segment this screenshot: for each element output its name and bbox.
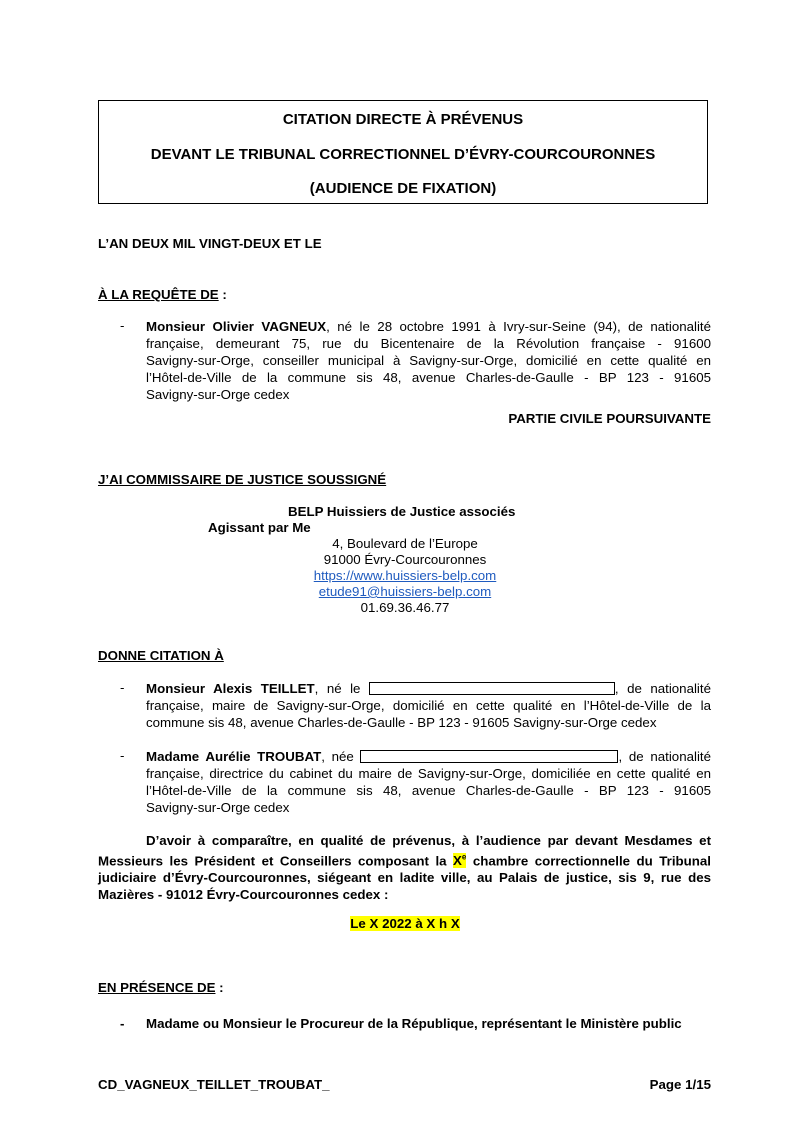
huissier-address-1: 4, Boulevard de l’Europe bbox=[300, 536, 510, 552]
bullet-dash: - bbox=[120, 680, 124, 695]
plaintiff-line-5: Savigny-sur-Orge cedex bbox=[146, 386, 711, 403]
requete-heading-colon: : bbox=[219, 287, 227, 302]
defendant-1-line-3: commune sis 48, avenue Charles-de-Gaulle… bbox=[146, 714, 711, 731]
comparaitre-line-2b: chambre correctionnelle du Tribunal bbox=[466, 853, 711, 868]
huissier-address-2: 91000 Évry-Courcouronnes bbox=[300, 552, 510, 568]
defendant-2-line-2: française, directrice du cabinet du mair… bbox=[146, 765, 711, 782]
defendant-1-line-2: française, maire de Savigny-sur-Orge, do… bbox=[146, 697, 711, 714]
plaintiff-paragraph: Monsieur Olivier VAGNEUX, né le 28 octob… bbox=[146, 318, 711, 403]
huissier-firm: BELP Huissiers de Justice associés bbox=[288, 504, 515, 519]
date-line: L’AN DEUX MIL VINGT-DEUX ET LE bbox=[98, 236, 322, 251]
title-line-3: (AUDIENCE DE FIXATION) bbox=[99, 180, 707, 197]
defendant-2-line-3: l’Hôtel-de-Ville de la commune sis 48, a… bbox=[146, 782, 711, 799]
comparaitre-paragraph: D’avoir à comparaître, en qualité de pré… bbox=[98, 832, 711, 903]
presence-heading-colon: : bbox=[215, 980, 223, 995]
requete-heading-text: À LA REQUÊTE DE bbox=[98, 287, 219, 302]
defendant-2-nationality: , de nationalité bbox=[618, 749, 711, 764]
plaintiff-role: PARTIE CIVILE POURSUIVANTE bbox=[508, 411, 711, 426]
huissier-contact: 4, Boulevard de l’Europe 91000 Évry-Cour… bbox=[300, 536, 510, 616]
hearing-date-highlight: Le X 2022 à X h X bbox=[350, 916, 459, 931]
defendant-2-line-4: Savigny-sur-Orge cedex bbox=[146, 799, 711, 816]
huissier-phone: 01.69.36.46.77 bbox=[300, 600, 510, 616]
presence-item: Madame ou Monsieur le Procureur de la Ré… bbox=[146, 1016, 682, 1031]
title-line-2: DEVANT LE TRIBUNAL CORRECTIONNEL D’ÉVRY-… bbox=[99, 146, 707, 163]
plaintiff-line-1: , né le 28 octobre 1991 à Ivry-sur-Seine… bbox=[326, 319, 711, 334]
title-line-1: CITATION DIRECTE À PRÉVENUS bbox=[99, 111, 707, 128]
document-page: CITATION DIRECTE À PRÉVENUS DEVANT LE TR… bbox=[0, 0, 810, 1144]
comparaitre-line-4: Mazières - 91012 Évry-Courcouronnes cede… bbox=[98, 886, 711, 903]
plaintiff-name: Monsieur Olivier VAGNEUX bbox=[146, 319, 326, 334]
defendant-2-name: Madame Aurélie TROUBAT bbox=[146, 749, 321, 764]
huissier-heading: J’AI COMMISSAIRE DE JUSTICE SOUSSIGNÉ bbox=[98, 472, 386, 487]
defendant-2-born: , née bbox=[321, 749, 354, 764]
comparaitre-line-3: judiciaire d’Évry-Courcouronnes, siégean… bbox=[98, 869, 711, 886]
footer-doc-id: CD_VAGNEUX_TEILLET_TROUBAT_ bbox=[98, 1077, 330, 1092]
defendant-2-paragraph: Madame Aurélie TROUBAT, née , de nationa… bbox=[146, 748, 711, 816]
huissier-email-link[interactable]: etude91@huissiers-belp.com bbox=[319, 584, 491, 599]
huissier-agissant: Agissant par Me bbox=[208, 520, 311, 535]
plaintiff-line-2: française, demeurant 75, rue du Bicenten… bbox=[146, 335, 711, 352]
defendant-1-born: , né le bbox=[315, 681, 361, 696]
defendant-1-name: Monsieur Alexis TEILLET bbox=[146, 681, 315, 696]
bullet-dash: - bbox=[120, 748, 124, 763]
comparaitre-line-1: D’avoir à comparaître, en qualité de pré… bbox=[98, 832, 711, 849]
plaintiff-line-3: Savigny-sur-Orge, conseiller municipal à… bbox=[146, 352, 711, 369]
presence-heading: EN PRÉSENCE DE : bbox=[98, 980, 224, 995]
chamber-number-highlight: Xe bbox=[453, 853, 466, 868]
huissier-website-link[interactable]: https://www.huissiers-belp.com bbox=[314, 568, 497, 583]
requete-heading: À LA REQUÊTE DE : bbox=[98, 287, 227, 302]
footer-page-number: Page 1/15 bbox=[650, 1077, 711, 1092]
hearing-date: Le X 2022 à X h X bbox=[0, 916, 810, 931]
comparaitre-line-2a: Messieurs les Président et Conseillers c… bbox=[98, 853, 453, 868]
presence-heading-text: EN PRÉSENCE DE bbox=[98, 980, 215, 995]
title-box: CITATION DIRECTE À PRÉVENUS DEVANT LE TR… bbox=[98, 100, 708, 204]
chamber-number: X bbox=[453, 853, 462, 868]
plaintiff-line-4: l’Hôtel-de-Ville de la commune sis 48, a… bbox=[146, 369, 711, 386]
redacted-birthdate-box bbox=[369, 682, 615, 695]
defendant-1-paragraph: Monsieur Alexis TEILLET, né le , de nati… bbox=[146, 680, 711, 731]
defendant-1-nationality: , de nationalité bbox=[615, 681, 711, 696]
bullet-dash: - bbox=[120, 1016, 124, 1031]
redacted-birthdate-box bbox=[360, 750, 618, 763]
citation-heading: DONNE CITATION À bbox=[98, 648, 224, 663]
bullet-dash: - bbox=[120, 318, 124, 333]
